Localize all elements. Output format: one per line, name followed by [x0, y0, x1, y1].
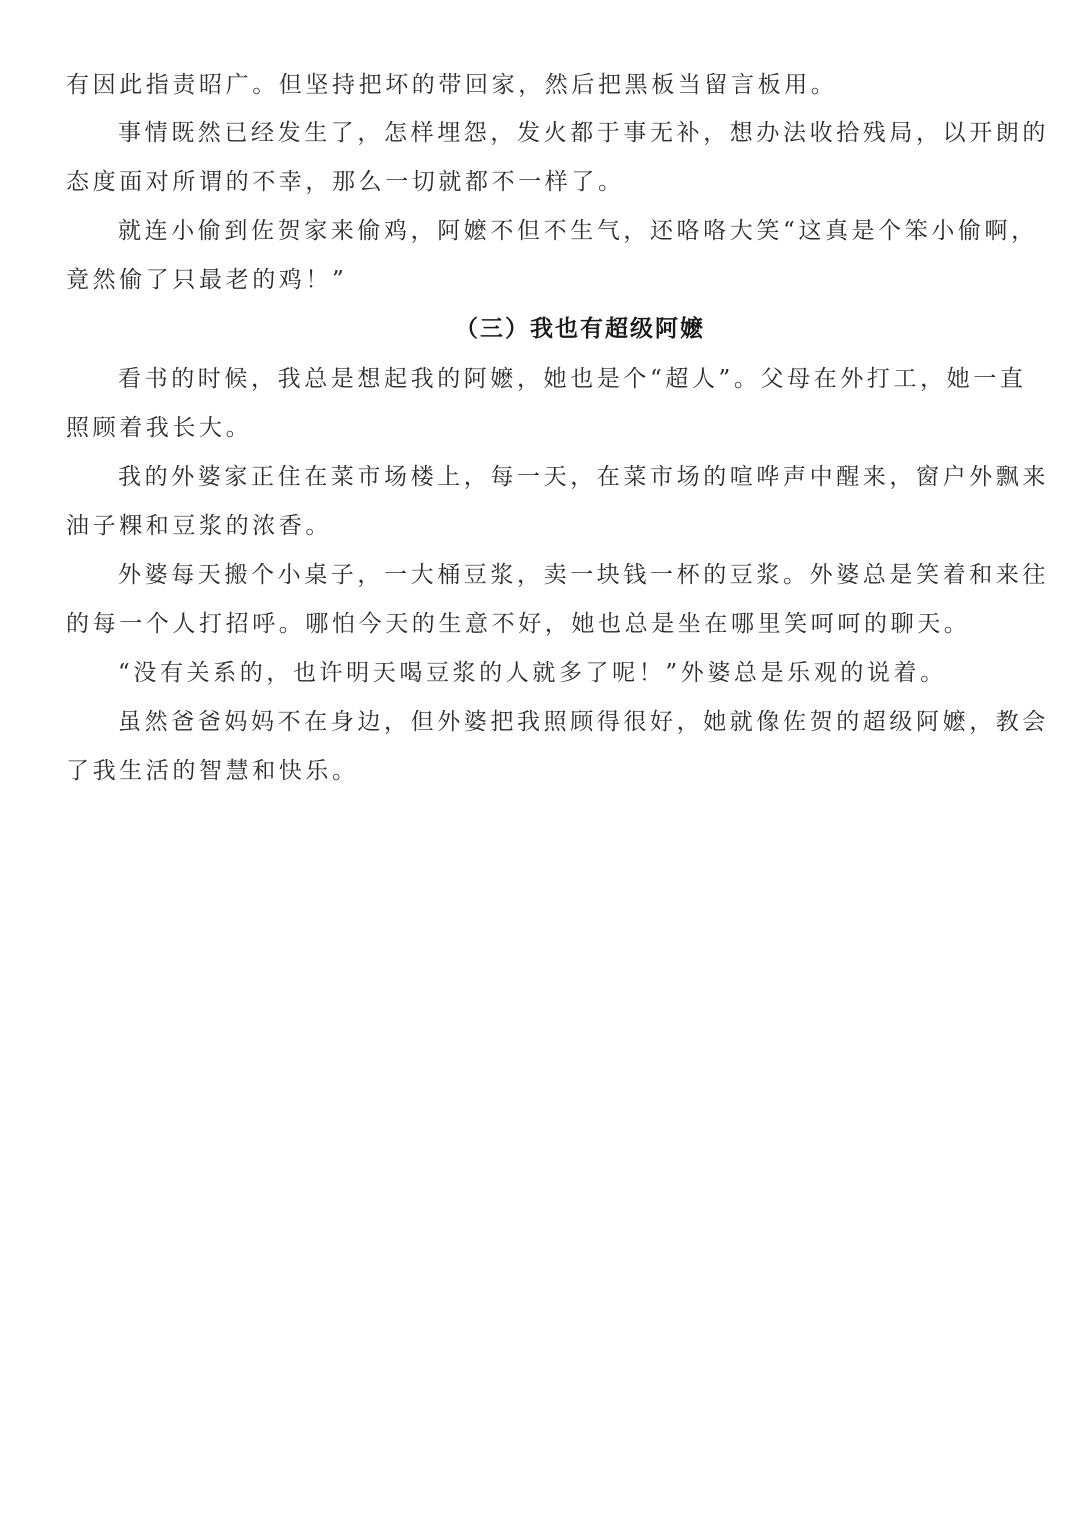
text-line: 有因此指责昭广。但坚持把坏的带回家，然后把黑板当留言板用。	[66, 70, 1016, 100]
text-line: 竟然偷了只最老的鸡！”	[66, 265, 1016, 295]
text-line: 事情既然已经发生了，怎样埋怨，发火都于事无补，想办法收拾残局，以开朗的	[118, 118, 1068, 148]
section-heading-text: （三）我也有超级阿嬷	[455, 316, 705, 342]
text-line: 虽然爸爸妈妈不在身边，但外婆把我照顾得很好，她就像佐贺的超级阿嬷，教会	[118, 707, 1068, 737]
text-line: “没有关系的，也许明天喝豆浆的人就多了呢！”外婆总是乐观的说着。	[118, 658, 1068, 688]
text-line: 外婆每天搬个小桌子，一大桶豆浆，卖一块钱一杯的豆浆。外婆总是笑着和来往	[118, 560, 1068, 590]
text-line: 我的外婆家正住在菜市场楼上，每一天，在菜市场的喧哗声中醒来，窗户外飘来	[118, 462, 1068, 492]
document-page: 有因此指责昭广。但坚持把坏的带回家，然后把黑板当留言板用。 事情既然已经发生了，…	[0, 0, 1080, 1527]
text-line: 态度面对所谓的不幸，那么一切就都不一样了。	[66, 167, 1016, 197]
text-line: 照顾着我长大。	[66, 413, 1016, 443]
text-line: 的每一个人打招呼。哪怕今天的生意不好，她也总是坐在哪里笑呵呵的聊天。	[66, 609, 1016, 639]
text-line: 看书的时候，我总是想起我的阿嬷，她也是个“超人”。父母在外打工，她一直	[118, 364, 1068, 394]
text-line: 了我生活的智慧和快乐。	[66, 756, 1016, 786]
text-line: 油子粿和豆浆的浓香。	[66, 511, 1016, 541]
text-line: 就连小偷到佐贺家来偷鸡，阿嬷不但不生气，还咯咯大笑“这真是个笨小偷啊，	[118, 216, 1068, 246]
section-heading: （三）我也有超级阿嬷	[0, 314, 1080, 344]
